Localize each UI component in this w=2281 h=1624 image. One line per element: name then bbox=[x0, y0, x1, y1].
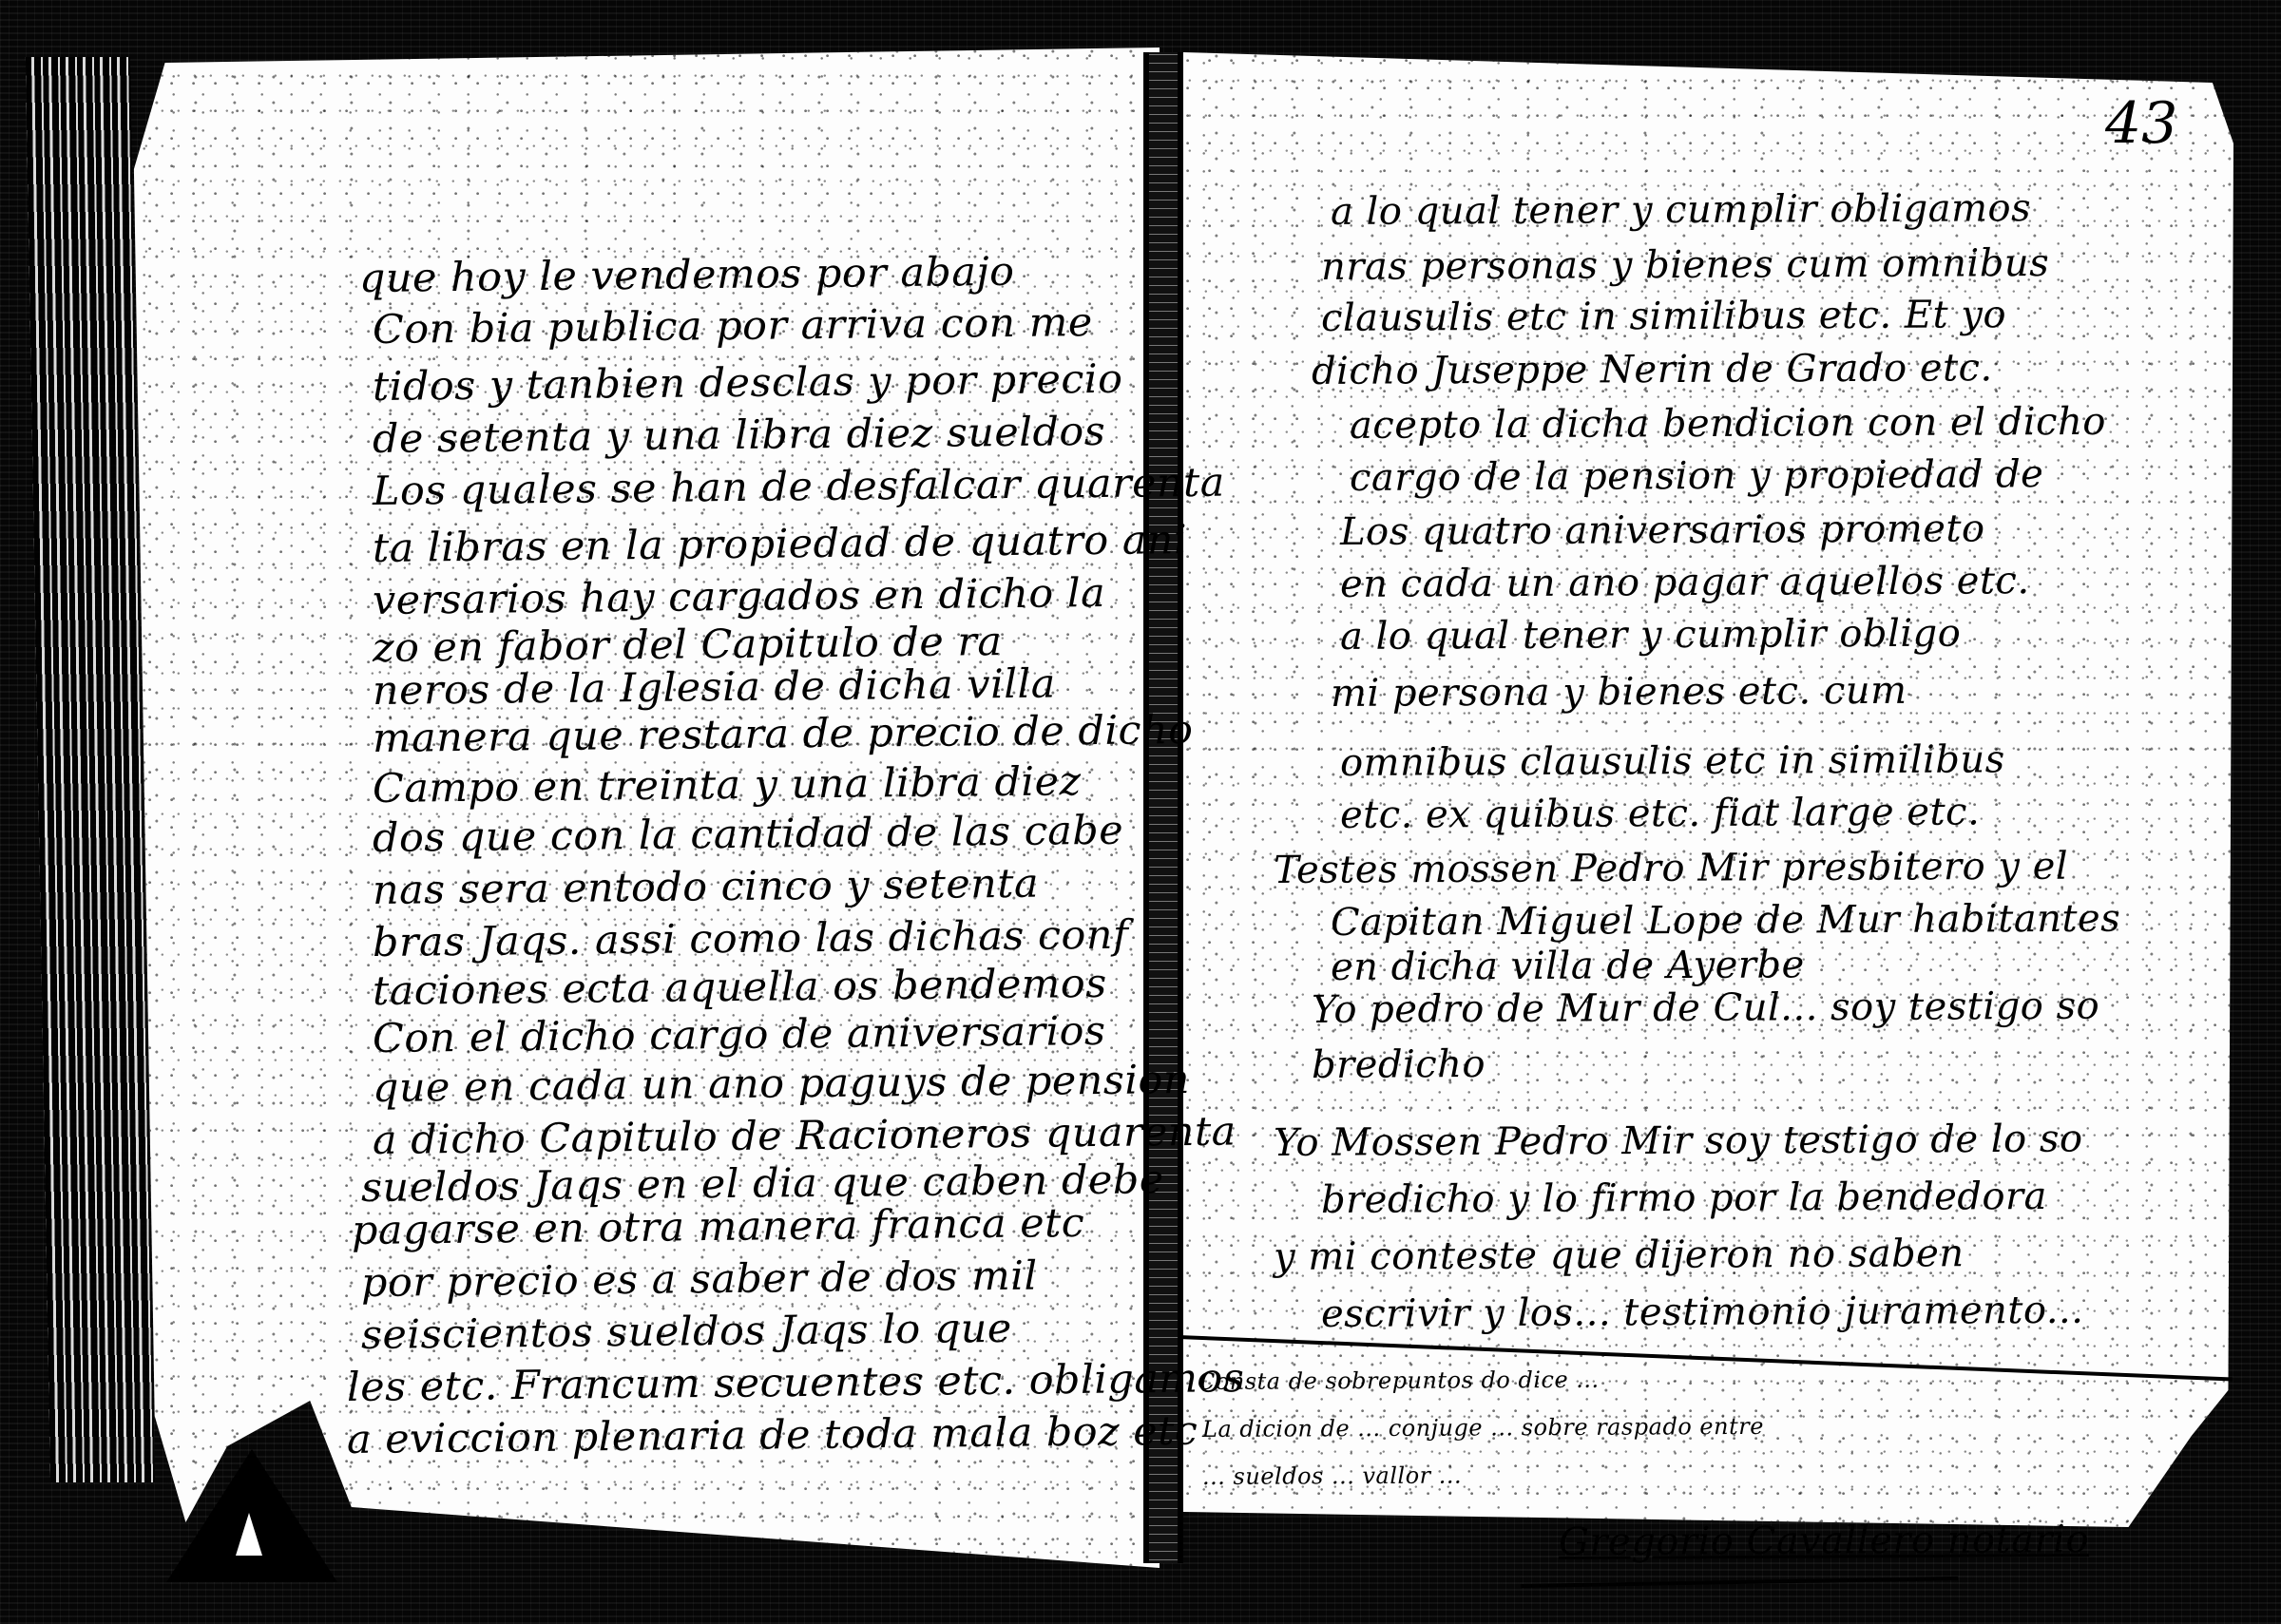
manuscript-line: Capitan Miguel Lope de Mur habitantes bbox=[1331, 897, 2120, 945]
manuscript-line: por precio es a saber de dos mil bbox=[361, 1252, 1038, 1306]
manuscript-line: que en cada un ano paguys de pension bbox=[373, 1056, 1190, 1111]
manuscript-line: a dicho Capitulo de Racioneros quarenta bbox=[373, 1107, 1236, 1163]
manuscript-line: Con bia publica por arriva con me bbox=[373, 298, 1093, 353]
manuscript-line: seiscientos sueldos Jaqs lo que bbox=[361, 1305, 1012, 1358]
manuscript-line: Yo Mossen Pedro Mir soy testigo de lo so bbox=[1274, 1118, 2083, 1165]
manuscript-line: Campo en treinta y una libra diez bbox=[373, 757, 1082, 812]
manuscript-line: dicho Juseppe Nerin de Grado etc. bbox=[1312, 346, 1993, 393]
manuscript-line: manera que restara de precio de dicho bbox=[373, 706, 1194, 761]
manuscript-line: de setenta y una libra diez sueldos bbox=[373, 408, 1106, 462]
manuscript-line: bras Jaqs. assi como las dichas conf bbox=[373, 911, 1129, 965]
manuscript-line: escrivir y los... testimonio juramento..… bbox=[1321, 1289, 2084, 1336]
manuscript-line: Con el dicho cargo de aniversarios bbox=[373, 1007, 1106, 1061]
manuscript-line: cargo de la pension y propiedad de bbox=[1350, 452, 2044, 500]
manuscript-line: y mi conteste que dijeron no saben bbox=[1274, 1232, 1965, 1279]
manuscript-line: bredicho y lo firmo por la bendedora bbox=[1321, 1175, 2047, 1222]
manuscript-line: ta libras en la propiedad de quatro ani bbox=[373, 516, 1188, 571]
manuscript-line: clausulis etc in similibus etc. Et yo bbox=[1321, 293, 2006, 340]
manuscript-line: versarios hay cargados en dicho la bbox=[373, 569, 1106, 623]
folio-number: 43 bbox=[2105, 90, 2177, 157]
manuscript-line: etc. ex quibus etc. fiat large etc. bbox=[1340, 790, 1980, 837]
manuscript-note-line: ... sueldos ... vallor ... bbox=[1202, 1462, 1462, 1490]
manuscript-line: pagarse en otra manera franca etc bbox=[352, 1199, 1085, 1253]
manuscript-line: que hoy le vendemos por abajo bbox=[359, 248, 1015, 301]
manuscript-line: bredicho bbox=[1312, 1042, 1486, 1087]
manuscript-note-line: Consta de sobrepuntos do dice ... bbox=[1198, 1366, 1600, 1395]
manuscript-line: omnibus clausulis etc in similibus bbox=[1340, 737, 2005, 785]
manuscript-line: neros de la Iglesia de dicha villa bbox=[373, 659, 1056, 714]
manuscript-line: taciones ecta aquella os bendemos bbox=[373, 960, 1107, 1014]
manuscript-line: nas sera entodo cinco y setenta bbox=[373, 860, 1040, 913]
manuscript-line: a lo qual tener y cumplir obligamos bbox=[1331, 186, 2031, 234]
corner-highlight bbox=[236, 1513, 262, 1556]
manuscript-line: Los quatro aniversarios prometo bbox=[1340, 506, 1985, 554]
manuscript-line: Testes mossen Pedro Mir presbitero y el bbox=[1274, 845, 2068, 892]
book-gutter bbox=[1143, 52, 1183, 1563]
notary-signature: Gregorio Cavallero notario bbox=[1559, 1518, 2089, 1564]
manuscript-note-line: La dicion de ... conjuge ... sobre raspa… bbox=[1202, 1413, 1764, 1442]
manuscript-line: tidos y tanbien desclas y por precio bbox=[373, 355, 1123, 410]
manuscript-line: en cada un ano pagar aquellos etc. bbox=[1340, 559, 2030, 606]
manuscript-line: nras personas y bienes cum omnibus bbox=[1321, 241, 2049, 289]
manuscript-line: Yo pedro de Mur de Cul... soy testigo so bbox=[1312, 984, 2099, 1032]
manuscript-line: mi persona y bienes etc. cum bbox=[1331, 669, 1907, 716]
manuscript-line: dos que con la cantidad de las cabe bbox=[373, 807, 1124, 861]
manuscript-line: Los quales se han de desfalcar quarenta bbox=[373, 459, 1225, 514]
manuscript-line: a lo qual tener y cumplir obligo bbox=[1340, 612, 1962, 659]
manuscript-line: les etc. Francum secuentes etc. obligamo… bbox=[347, 1354, 1245, 1410]
manuscript-line: acepto la dicha bendicion con el dicho bbox=[1350, 400, 2106, 448]
manuscript-line: a eviccion plenaria de toda mala boz etc bbox=[347, 1407, 1198, 1462]
manuscript-line: en dicha villa de Ayerbe bbox=[1331, 943, 1805, 989]
